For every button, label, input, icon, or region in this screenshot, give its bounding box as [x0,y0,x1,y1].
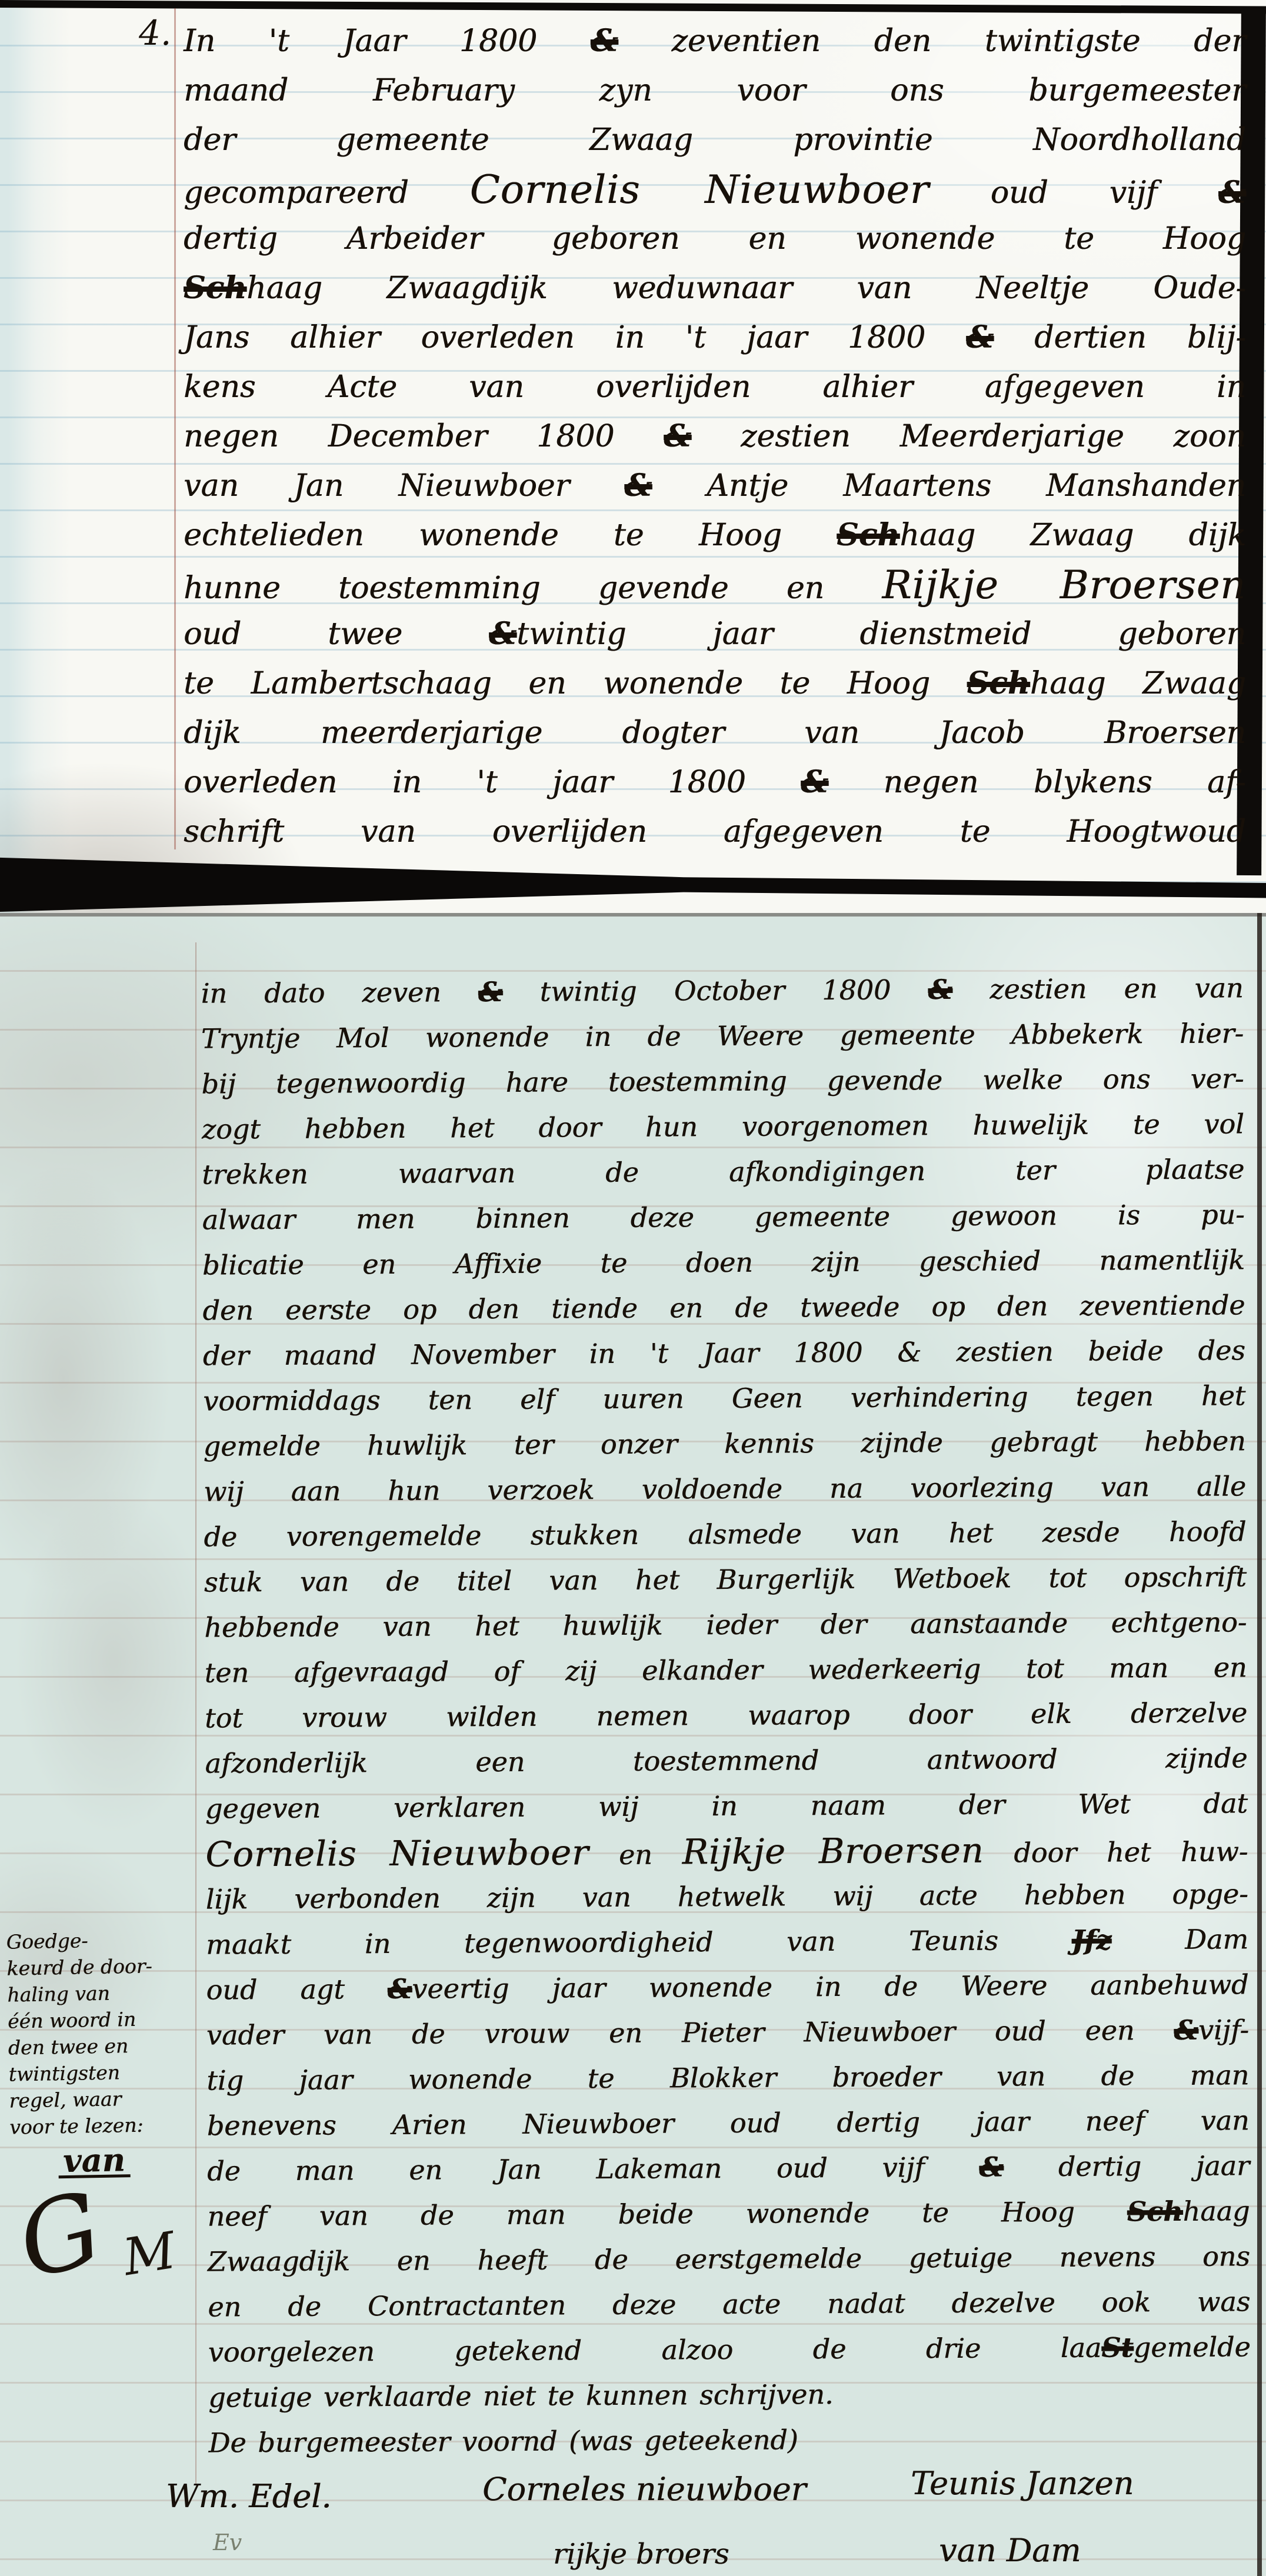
scan-page-2: Goedge-keurd de door-haling vanéén woord… [0,913,1266,2576]
struck-word: & [664,418,691,454]
margin-note-line: regel, waar [9,2084,189,2114]
handwritten-line: blicatie en Affixie te doen zijn geschie… [202,1237,1245,1288]
signature-witness-line1: Teunis Janzen [911,2465,1134,2502]
handwritten-line: te Lambertschaag en wonende te Hoog Schh… [184,659,1246,708]
handwritten-line: der maand November in 't Jaar 1800 & zes… [203,1328,1245,1378]
text-segment: stuk van de titel van het Burgerlijk Wet… [204,1561,1247,1598]
page2-top-edge [0,913,1266,917]
text-segment: door het huw- [984,1835,1248,1868]
text-segment: zeventien den twintigste der [618,24,1246,59]
text-segment: dertien blij- [994,320,1246,355]
text-segment: echtelieden wonende te Hoog [184,518,837,553]
struck-word: & [1174,2014,1198,2046]
handwritten-line: maand February zyn voor ons burgemeester [184,66,1246,115]
handwritten-line: oud agt &veertig jaar wonende in de Weer… [206,1962,1248,2012]
text-segment: voorgelezen getekend alzoo de drie laa [208,2332,1102,2368]
struck-word: & [1218,175,1246,211]
text-segment: gemelde huwlijk ter onzer kennis zijnde … [203,1425,1245,1462]
text-segment: den eerste op den tiende en de tweede op… [202,1289,1245,1326]
handwritten-line: Jans alhier overleden in 't jaar 1800 & … [184,313,1246,362]
handwritten-line: Schhaag Zwaagdijk weduwnaar van Neeltje … [184,264,1246,313]
text-segment: Rijkje Broersen [682,1830,984,1872]
text-segment: schrift van overlijden afgegeven te Hoog… [184,814,1246,849]
text-segment: twintig jaar dienstmeid geboren [517,616,1246,652]
text-segment: In 't Jaar 1800 [184,24,591,59]
text-segment: haag Zwaag dijk [899,518,1246,553]
handwritten-line: Zwaagdijk en heeft de eerstgemelde getui… [208,2234,1250,2284]
handwritten-line: hebbende van het huwlijk ieder der aanst… [204,1599,1247,1650]
signature-witness-line2: van Dam [939,2532,1081,2569]
text-segment: Dam [1111,1923,1248,1955]
text-segment: dertig Arbeider geboren en wonende te Ho… [184,221,1246,256]
text-segment: en [589,1838,682,1871]
handwritten-line: schrift van overlijden afgegeven te Hoog… [184,807,1246,857]
signature-bride: rijkje broers [553,2538,729,2571]
text-segment: Tryntje Mol wonende in de Weere gemeente… [201,1017,1244,1054]
page2-text-block: in dato zeven & twintig October 1800 & z… [201,965,1251,2465]
text-segment: blicatie en Affixie te doen zijn geschie… [202,1244,1245,1281]
text-segment: overleden in 't jaar 1800 [184,765,801,800]
page1-margin-rule [174,8,176,849]
text-segment: afzonderlijk een toestemmend antwoord zi… [205,1742,1247,1779]
struck-word: & [489,616,517,652]
text-segment: benevens Arien Nieuwboer oud dertig jaar… [206,2104,1249,2141]
handwritten-line: negen December 1800 & zestien Meerderjar… [184,412,1246,461]
text-segment: haag Zwaag [1030,666,1246,701]
text-segment: trekken waarvan de afkondigingen ter pla… [202,1153,1244,1190]
text-segment: oud agt [206,1973,388,2006]
text-segment: der gemeente Zwaag provintie Noordhollan… [184,122,1246,158]
page2-margin-rule [195,942,196,2484]
margin-note-line: haling van [7,1978,188,2008]
text-segment: lijk verbonden zijn van hetwelk wij acte… [205,1878,1248,1915]
text-segment: hunne toestemming gevende en [184,571,882,606]
text-segment: zestien Meerderjarige zoon [691,419,1246,454]
handwritten-line: wij aan hun verzoek voldoende na voorlez… [204,1464,1246,1514]
handwritten-line: echtelieden wonende te Hoog Schhaag Zwaa… [184,511,1246,560]
struck-word: Sch [1127,2195,1183,2227]
handwritten-line: den eerste op den tiende en de tweede op… [202,1282,1245,1333]
handwritten-line: van Jan Nieuwboer & Antje Maartens Mansh… [184,461,1246,511]
handwritten-line: hunne toestemming gevende en Rijkje Broe… [184,560,1246,609]
text-segment: haag [1182,2195,1250,2227]
text-segment: gemelde [1134,2331,1251,2363]
text-segment: bij tegenwoordig hare toestemming gevend… [201,1062,1244,1099]
struck-word: St [1101,2331,1134,2363]
handwritten-line: kens Acte van overlijden alhier afgegeve… [184,362,1246,412]
text-segment: veertig jaar wonende in de Weere aanbehu… [412,1968,1248,2004]
signature-groom: Corneles nieuwboer [482,2471,806,2508]
page1-top-border [0,0,1266,14]
pencil-mark: Ev [213,2530,242,2555]
paraph-initial-2: M [119,2221,180,2288]
text-segment: Rijkje Broersen [882,562,1246,608]
page1-bottom-border [0,854,1266,912]
text-segment: dijk meerderjarige dogter van Jacob Broe… [184,715,1246,751]
struck-word: Jfz [1071,1924,1111,1956]
handwritten-line: stuk van de titel van het Burgerlijk Wet… [204,1554,1247,1605]
handwritten-line: In 't Jaar 1800 & zeventien den twintigs… [184,16,1246,66]
handwritten-line: gemelde huwlijk ter onzer kennis zijnde … [203,1418,1245,1469]
text-segment: wij aan hun verzoek voldoende na voorlez… [204,1470,1246,1507]
handwritten-line: gegeven verklaren wij in naam der Wet da… [205,1781,1248,1831]
handwritten-line: Cornelis Nieuwboer en Rijkje Broersen do… [205,1826,1248,1877]
page1-text-block: In 't Jaar 1800 & zeventien den twintigs… [184,16,1246,857]
margin-note-line: voor te lezen: [9,2111,190,2140]
text-segment: Antje Maartens Manshanden [652,468,1246,504]
signature-burgemeester: Wm. Edel. [166,2478,331,2515]
struck-word: & [979,2151,1004,2183]
text-segment: Cornelis Nieuwboer [205,1832,589,1874]
handwritten-line: de vorengemelde stukken alsmede van het … [204,1509,1246,1559]
handwritten-line: zogt hebben het door hun voorgenomen huw… [202,1101,1244,1152]
text-segment: zestien en van [952,972,1244,1005]
handwritten-line: en de Contractanten deze acte nadat deze… [208,2279,1250,2330]
margin-note-line: één woord in [8,2005,188,2034]
handwritten-line: neef van de man beide wonende te Hoog Sc… [207,2188,1250,2239]
handwritten-line: overleden in 't jaar 1800 & negen blyken… [184,758,1246,807]
margin-note: Goedge-keurd de door-haling vanéén woord… [6,1925,190,2179]
struck-word: & [388,1973,412,2005]
struck-word: & [591,23,618,59]
handwritten-line: der gemeente Zwaag provintie Noordhollan… [184,115,1246,165]
text-segment: twintig October 1800 [502,974,928,1008]
text-segment: getuige verklaarde niet te kunnen schrij… [208,2378,834,2414]
handwritten-line: oud twee &twintig jaar dienstmeid gebore… [184,609,1246,659]
handwritten-line: in dato zeven & twintig October 1800 & z… [201,965,1243,1016]
text-segment: vijf- [1198,2014,1249,2045]
text-segment: Cornelis Nieuwboer [470,166,929,212]
text-segment: in dato zeven [201,976,478,1009]
text-segment: van Jan Nieuwboer [184,468,624,504]
struck-word: Sch [837,517,899,553]
text-segment: Jans alhier overleden in 't jaar 1800 [184,320,966,355]
handwritten-line: tot vrouw wilden nemen waarop door elk d… [205,1690,1247,1741]
text-segment: gegeven verklaren wij in naam der Wet da… [205,1787,1248,1824]
margin-note-line: keurd de door- [6,1952,187,1981]
text-segment: gecompareerd [184,175,470,211]
handwritten-line: voorgelezen getekend alzoo de drie laaSt… [208,2324,1250,2375]
text-segment: De burgemeester voornd (was geteekend) [208,2424,798,2458]
document-scan: 4. In 't Jaar 1800 & zeventien den twint… [0,0,1266,2576]
text-segment: negen blykens af- [828,765,1246,800]
handwritten-line: trekken waarvan de afkondigingen ter pla… [202,1147,1244,1197]
margin-note-line: Goedge- [6,1925,186,1955]
scan-page-1: 4. In 't Jaar 1800 & zeventien den twint… [0,0,1266,913]
text-segment: alwaar men binnen deze gemeente gewoon i… [202,1198,1244,1235]
handwritten-line: tig jaar wonende te Blokker broeder van … [206,2052,1249,2103]
text-segment: zogt hebben het door hun voorgenomen huw… [202,1108,1244,1145]
text-segment: dertig jaar [1004,2150,1250,2182]
handwritten-line: voormiddags ten elf uuren Geen verhinder… [203,1373,1245,1424]
text-segment: der maand November in 't Jaar 1800 & zes… [203,1334,1245,1371]
handwritten-line: dijk meerderjarige dogter van Jacob Broe… [184,708,1246,758]
handwritten-line: dertig Arbeider geboren en wonende te Ho… [184,214,1246,264]
handwritten-line: bij tegenwoordig hare toestemming gevend… [201,1056,1244,1107]
struck-word: & [801,764,828,800]
page2-right-border [1257,913,1262,2576]
handwritten-line: vader van de vrouw en Pieter Nieuwboer o… [206,2007,1249,2058]
text-segment: voormiddags ten elf uuren Geen verhinder… [203,1379,1245,1417]
handwritten-line: alwaar men binnen deze gemeente gewoon i… [202,1192,1244,1242]
text-segment: maand February zyn voor ons burgemeester [184,73,1246,108]
handwritten-line: de man en Jan Lakeman oud vijf & dertig … [207,2143,1250,2194]
text-segment: de vorengemelde stukken alsmede van het … [204,1515,1246,1552]
text-segment: oud vijf [929,175,1218,211]
text-segment: te Lambertschaag en wonende te Hoog [184,666,967,701]
entry-number: 4. [139,13,171,53]
handwritten-line: ten afgevraagd of zij elkander wederkeer… [204,1645,1247,1695]
struck-word: Sch [967,665,1030,701]
handwritten-line: afzonderlijk een toestemmend antwoord zi… [205,1735,1247,1786]
text-segment: Zwaagdijk en heeft de eerstgemelde getui… [208,2240,1250,2277]
text-segment: oud twee [184,616,489,652]
handwritten-line: De burgemeester voornd (was geteekend) [208,2415,1251,2465]
handwritten-line: lijk verbonden zijn van hetwelk wij acte… [205,1871,1248,1922]
margin-note-lines: Goedge-keurd de door-haling vanéén woord… [6,1925,189,2140]
handwritten-line: maakt in tegenwoordigheid van Teunis Jfz… [206,1917,1248,1967]
text-segment: negen December 1800 [184,419,664,454]
text-segment: de man en Jan Lakeman oud vijf [207,2151,980,2187]
margin-note-line: den twee en [8,2031,188,2061]
handwritten-line: Tryntje Mol wonende in de Weere gemeente… [201,1011,1244,1061]
handwritten-line: gecompareerd Cornelis Nieuwboer oud vijf… [184,165,1246,214]
struck-word: & [928,974,952,1005]
text-segment: haag Zwaagdijk weduwnaar van Neeltje Oud… [246,271,1246,306]
text-segment: kens Acte van overlijden alhier afgegeve… [184,369,1246,405]
struck-word: Sch [184,270,246,306]
text-segment: tig jaar wonende te Blokker broeder van … [206,2059,1249,2096]
text-segment: ten afgevraagd of zij elkander wederkeer… [204,1651,1247,1688]
handwritten-line: getuige verklaarde niet te kunnen schrij… [208,2370,1251,2420]
text-segment: en de Contractanten deze acte nadat deze… [208,2285,1250,2322]
text-segment: hebbende van het huwlijk ieder der aanst… [204,1606,1247,1643]
handwritten-line: benevens Arien Nieuwboer oud dertig jaar… [206,2098,1249,2148]
struck-word: & [624,468,652,504]
struck-word: & [478,976,503,1008]
margin-note-line: twintigsten [8,2058,189,2087]
text-segment: neef van de man beide wonende te Hoog [207,2195,1127,2232]
paraph-initial-1: G [7,2170,113,2302]
text-segment: maakt in tegenwoordigheid van Teunis [206,1924,1072,1961]
text-segment: tot vrouw wilden nemen waarop door elk d… [205,1697,1247,1734]
text-segment: vader van de vrouw en Pieter Nieuwboer o… [206,2014,1174,2051]
struck-word: & [966,319,994,355]
